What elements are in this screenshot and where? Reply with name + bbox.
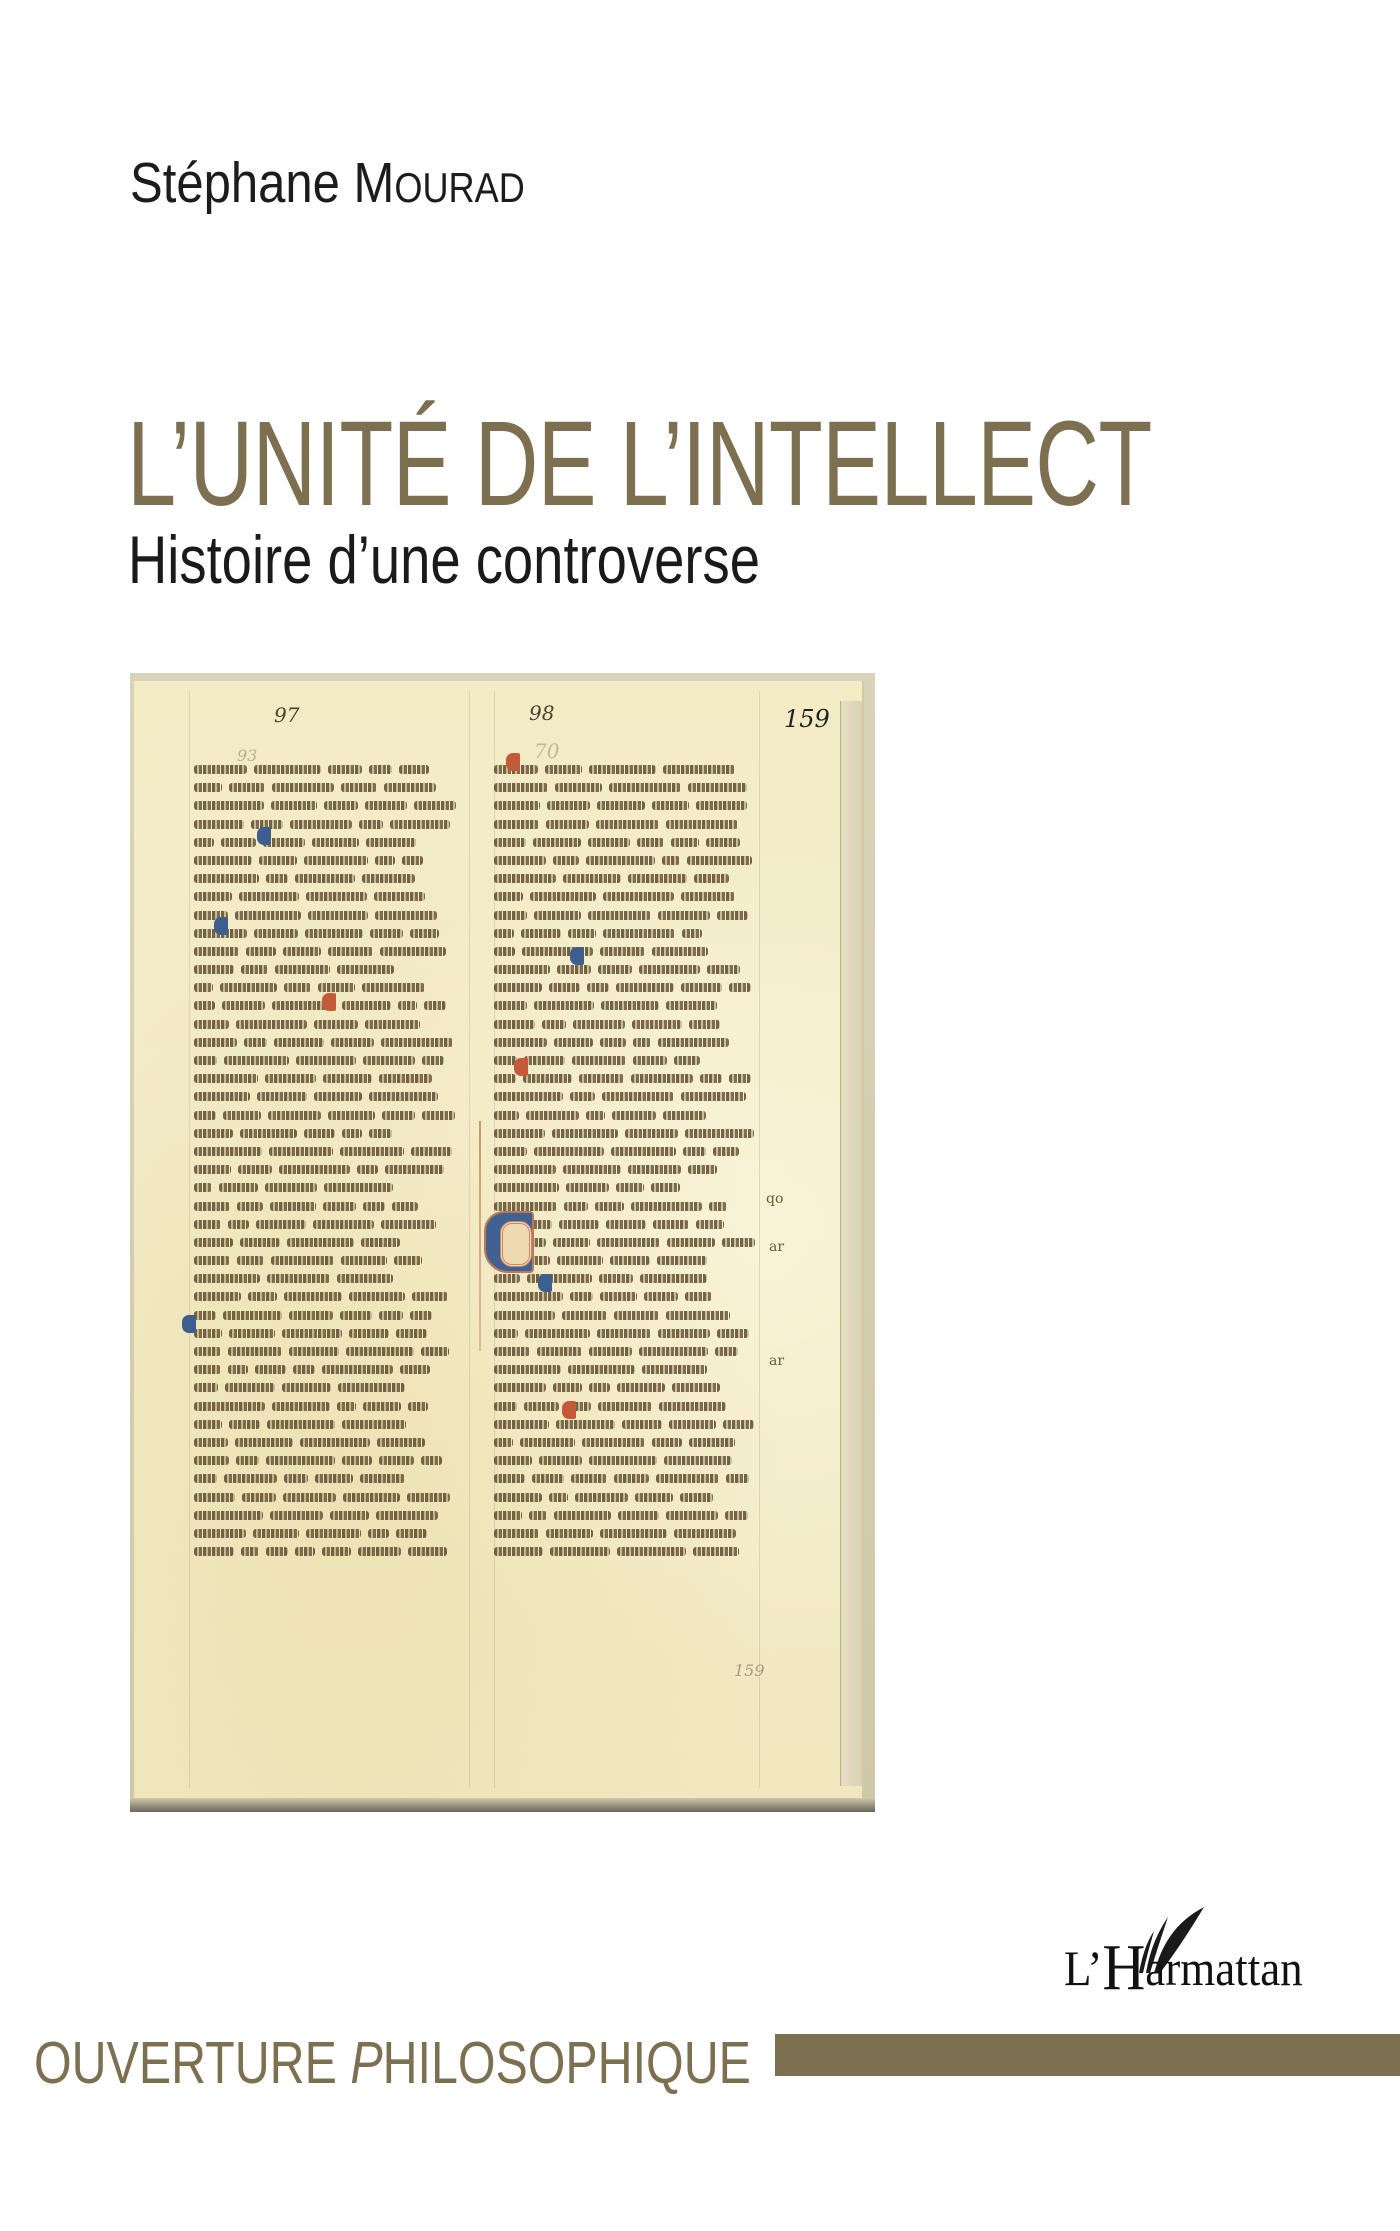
manuscript-script-line bbox=[494, 996, 759, 1014]
manuscript-script-line bbox=[194, 796, 459, 814]
manuscript-script-line bbox=[194, 924, 459, 942]
manuscript-script-line bbox=[494, 1142, 759, 1160]
manuscript-script-line bbox=[494, 1160, 759, 1178]
manuscript-script-line bbox=[194, 1215, 459, 1233]
rubric-mark-icon bbox=[538, 1274, 552, 1292]
manuscript-script-line bbox=[194, 833, 459, 851]
manuscript-script-line bbox=[494, 1433, 759, 1451]
manuscript-script-line bbox=[494, 851, 759, 869]
manuscript-script-line bbox=[494, 1524, 759, 1542]
author-last-name-initial: M bbox=[354, 151, 395, 215]
folio-number: 159 bbox=[784, 705, 830, 733]
manuscript-script-line bbox=[494, 906, 759, 924]
manuscript-script-line bbox=[494, 1015, 759, 1033]
publisher-wordmark: L’Harmattan bbox=[1064, 1931, 1329, 1997]
rubric-mark-icon bbox=[182, 1315, 196, 1333]
manuscript-script-line bbox=[194, 869, 459, 887]
ruling-line bbox=[469, 691, 470, 1788]
manuscript-script-line bbox=[194, 1306, 459, 1324]
ruling-line bbox=[759, 691, 760, 1788]
manuscript-binding-edge bbox=[130, 1798, 875, 1812]
manuscript-script-line bbox=[194, 1033, 459, 1051]
rubric-mark-icon bbox=[257, 827, 271, 845]
manuscript-script-line bbox=[194, 1251, 459, 1269]
manuscript-script-line bbox=[494, 1397, 759, 1415]
margin-note: qo bbox=[766, 1191, 783, 1207]
manuscript-script-line bbox=[194, 1051, 459, 1069]
manuscript-script-line bbox=[494, 924, 759, 942]
manuscript-script-line bbox=[194, 1233, 459, 1251]
manuscript-script-line bbox=[494, 1106, 759, 1124]
manuscript-script-line bbox=[494, 1506, 759, 1524]
ruling-line bbox=[189, 691, 190, 1788]
manuscript-script-line bbox=[194, 760, 459, 778]
margin-note: ar bbox=[769, 1239, 784, 1255]
book-title: L’UNITÉ DE L’INTELLECT bbox=[127, 403, 1400, 524]
manuscript-script-line bbox=[194, 1415, 459, 1433]
manuscript-script-line bbox=[494, 1342, 759, 1360]
manuscript-script-line bbox=[194, 1542, 459, 1560]
manuscript-script-line bbox=[494, 1488, 759, 1506]
rubric-mark-icon bbox=[214, 917, 228, 935]
manuscript-illustration: 97 98 159 93 70 159 qo ar ar bbox=[130, 673, 875, 1812]
author-last-name-rest: OURAD bbox=[394, 164, 524, 211]
manuscript-script-line bbox=[494, 1378, 759, 1396]
author-name: Stéphane MOURAD bbox=[130, 155, 589, 212]
manuscript-column-left bbox=[194, 760, 459, 1560]
publisher-prefix: L’ bbox=[1064, 1940, 1102, 1996]
manuscript-script-line bbox=[494, 1069, 759, 1087]
manuscript-script-line bbox=[494, 869, 759, 887]
manuscript-script-line bbox=[494, 1051, 759, 1069]
manuscript-script-line bbox=[194, 1378, 459, 1396]
manuscript-script-line bbox=[194, 1469, 459, 1487]
manuscript-script-line bbox=[494, 778, 759, 796]
manuscript-script-line bbox=[494, 887, 759, 905]
manuscript-script-line bbox=[494, 1542, 759, 1560]
series-part2-rest: HILOSOPHIQUE bbox=[383, 2030, 751, 2096]
manuscript-script-line bbox=[194, 1106, 459, 1124]
pencil-number: 159 bbox=[734, 1661, 765, 1680]
manuscript-script-line bbox=[194, 1433, 459, 1451]
manuscript-script-line bbox=[494, 1306, 759, 1324]
manuscript-script-line bbox=[194, 1269, 459, 1287]
manuscript-script-line bbox=[494, 960, 759, 978]
manuscript-script-line bbox=[494, 1415, 759, 1433]
rubric-mark-icon bbox=[570, 947, 584, 965]
publisher-rest: armattan bbox=[1145, 1940, 1302, 1996]
manuscript-script-line bbox=[194, 1524, 459, 1542]
manuscript-script-line bbox=[194, 1087, 459, 1105]
series-bar bbox=[775, 2034, 1400, 2076]
manuscript-script-line bbox=[494, 1033, 759, 1051]
manuscript-script-line bbox=[194, 1506, 459, 1524]
publisher-logo: L’Harmattan bbox=[1064, 1905, 1314, 2000]
manuscript-script-line bbox=[194, 906, 459, 924]
manuscript-script-line bbox=[494, 833, 759, 851]
manuscript-column-right bbox=[494, 760, 759, 1560]
manuscript-script-line bbox=[194, 1488, 459, 1506]
manuscript-script-line bbox=[194, 1342, 459, 1360]
manuscript-script-line bbox=[494, 1197, 759, 1215]
manuscript-script-line bbox=[494, 1287, 759, 1305]
manuscript-script-line bbox=[494, 1087, 759, 1105]
series-part1: OUVERTURE bbox=[34, 2030, 350, 2096]
folio-number: 97 bbox=[274, 703, 299, 727]
publisher-cap: H bbox=[1102, 1931, 1145, 2004]
manuscript-script-line bbox=[494, 978, 759, 996]
manuscript-folded-edge bbox=[840, 701, 862, 1786]
manuscript-script-line bbox=[194, 1397, 459, 1415]
manuscript-script-line bbox=[494, 1269, 759, 1287]
manuscript-script-line bbox=[194, 1142, 459, 1160]
rubric-mark-icon bbox=[322, 993, 336, 1011]
manuscript-script-line bbox=[494, 1360, 759, 1378]
manuscript-script-line bbox=[194, 1178, 459, 1196]
rubric-mark-icon bbox=[562, 1401, 576, 1419]
manuscript-script-line bbox=[494, 760, 759, 778]
book-subtitle-text: Histoire d’une controverse bbox=[128, 526, 760, 594]
manuscript-script-line bbox=[494, 1124, 759, 1142]
manuscript-script-line bbox=[494, 796, 759, 814]
manuscript-script-line bbox=[194, 1324, 459, 1342]
decorative-flourish bbox=[479, 1121, 481, 1351]
manuscript-script-line bbox=[494, 815, 759, 833]
manuscript-script-line bbox=[494, 1469, 759, 1487]
manuscript-script-line bbox=[194, 778, 459, 796]
manuscript-script-line bbox=[194, 1287, 459, 1305]
manuscript-script-line bbox=[494, 1178, 759, 1196]
folio-number: 98 bbox=[529, 701, 554, 725]
series-part2-initial: P bbox=[350, 2030, 382, 2096]
manuscript-script-line bbox=[194, 942, 459, 960]
rubric-mark-icon bbox=[506, 753, 520, 771]
manuscript-script-line bbox=[194, 1124, 459, 1142]
manuscript-script-line bbox=[494, 1324, 759, 1342]
margin-note: ar bbox=[769, 1353, 784, 1369]
manuscript-script-line bbox=[194, 887, 459, 905]
manuscript-script-line bbox=[194, 815, 459, 833]
book-title-text: L’UNITÉ DE L’INTELLECT bbox=[127, 403, 1152, 524]
manuscript-script-line bbox=[494, 1451, 759, 1469]
manuscript-script-line bbox=[194, 1160, 459, 1178]
author-first-name: Stéphane bbox=[130, 151, 340, 215]
manuscript-script-line bbox=[194, 1069, 459, 1087]
book-subtitle: Histoire d’une controverse bbox=[128, 526, 918, 594]
manuscript-script-line bbox=[494, 942, 759, 960]
manuscript-script-line bbox=[194, 1015, 459, 1033]
manuscript-script-line bbox=[194, 1451, 459, 1469]
manuscript-leaf: 97 98 159 93 70 159 qo ar ar bbox=[134, 681, 864, 1801]
illuminated-initial-icon bbox=[484, 1211, 534, 1273]
manuscript-script-line bbox=[194, 960, 459, 978]
rubric-mark-icon bbox=[514, 1058, 528, 1076]
manuscript-script-line bbox=[194, 1197, 459, 1215]
manuscript-script-line bbox=[194, 1360, 459, 1378]
manuscript-script-line bbox=[194, 851, 459, 869]
